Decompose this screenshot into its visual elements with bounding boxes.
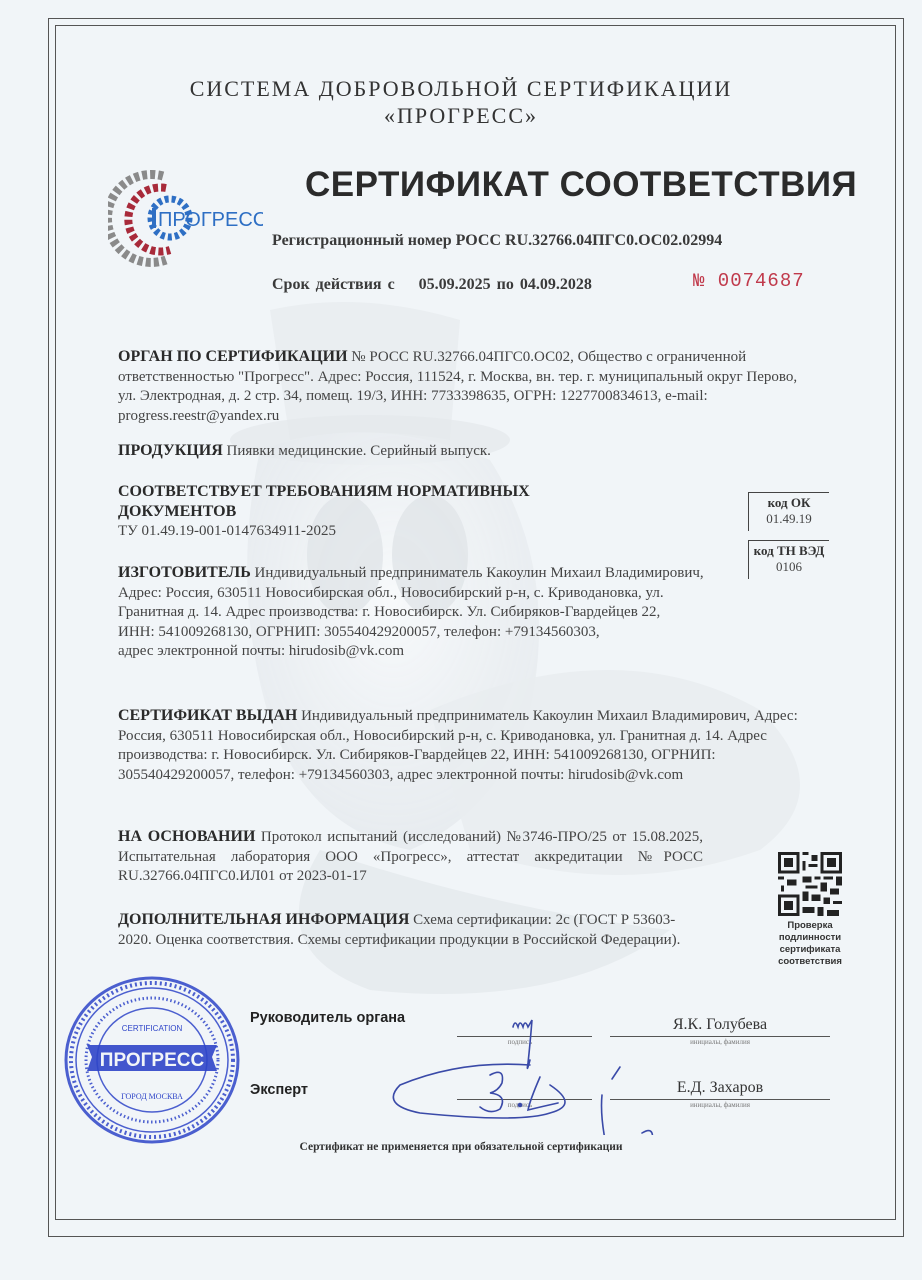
certification-system-title: СИСТЕМА ДОБРОВОЛЬНОЙ СЕРТИФИКАЦИИ «ПРОГР…	[0, 75, 922, 129]
registration-number: Регистрационный номер РОСС RU.32766.04ПГ…	[272, 232, 722, 250]
qr-caption: Проверка подлинности сертификата соответ…	[765, 920, 855, 968]
tn-code-label: код ТН ВЭД	[749, 543, 829, 559]
handwritten-signatures-icon	[380, 1005, 700, 1135]
qr-code-icon[interactable]	[778, 852, 842, 916]
svg-text:CERTIFICATION: CERTIFICATION	[122, 1024, 183, 1033]
qr-caption-line: Проверка	[765, 920, 855, 932]
section-product: ПРОДУКЦИЯ Пиявки медицинские. Серийный в…	[118, 441, 718, 462]
qr-caption-line: соответствия	[765, 956, 855, 968]
section-issued-to: СЕРТИФИКАТ ВЫДАН Индивидуальный предприн…	[118, 706, 818, 785]
validity-label: Срок действия с	[272, 276, 395, 293]
section-certification-body: ОРГАН ПО СЕРТИФИКАЦИИ № РОСС RU.32766.04…	[118, 347, 818, 426]
certificate-title: СЕРТИФИКАТ СООТВЕТСТВИЯ	[305, 165, 857, 205]
validity-period: Срок действия с05.09.2025 по 04.09.2028	[272, 276, 592, 294]
section-label: ДОПОЛНИТЕЛЬНАЯ ИНФОРМАЦИЯ	[118, 911, 409, 928]
section-text: ИНН: 541009268130, ОГРНИП: 3055404292000…	[118, 624, 600, 640]
section-label: ОРГАН ПО СЕРТИФИКАЦИИ	[118, 348, 348, 365]
validity-dates: 05.09.2025 по 04.09.2028	[419, 276, 592, 293]
footer-note: Сертификат не применяется при обязательн…	[0, 1141, 922, 1153]
official-stamp-icon: ПРОГРЕСС CERTIFICATION ГОРОД МОСКВА	[62, 975, 242, 1145]
section-text: ТУ 01.49.19-001-0147634911-2025	[118, 522, 718, 542]
svg-text:ГОРОД МОСКВА: ГОРОД МОСКВА	[121, 1092, 183, 1101]
qr-caption-line: сертификата	[765, 944, 855, 956]
section-label: НА ОСНОВАНИИ	[118, 828, 255, 845]
serial-number: № 0074687	[693, 270, 805, 292]
tnved-code-box: код ТН ВЭД 0106	[748, 540, 829, 579]
system-title-line2: «ПРОГРЕСС»	[0, 102, 922, 129]
section-label: ПРОДУКЦИЯ	[118, 442, 223, 459]
section-label: СООТВЕТСТВУЕТ ТРЕБОВАНИЯМ НОРМАТИВНЫХ ДО…	[118, 482, 588, 522]
section-manufacturer: ИЗГОТОВИТЕЛЬ Индивидуальный предпринимат…	[118, 563, 718, 662]
okpd-code-box: код ОК 01.49.19	[748, 492, 829, 531]
qr-caption-line: подлинности	[765, 932, 855, 944]
system-title-line1: СИСТЕМА ДОБРОВОЛЬНОЙ СЕРТИФИКАЦИИ	[0, 75, 922, 102]
tn-code-value: 0106	[749, 559, 829, 575]
progress-logo-icon: ПРОГРЕСС	[108, 168, 263, 268]
section-text: Пиявки медицинские. Серийный выпуск.	[227, 443, 491, 459]
section-basis: НА ОСНОВАНИИ Протокол испытаний (исследо…	[118, 827, 703, 887]
section-label: СЕРТИФИКАТ ВЫДАН	[118, 707, 297, 724]
section-additional-info: ДОПОЛНИТЕЛЬНАЯ ИНФОРМАЦИЯ Схема сертифик…	[118, 910, 708, 950]
section-conformity: СООТВЕТСТВУЕТ ТРЕБОВАНИЯМ НОРМАТИВНЫХ ДО…	[118, 482, 718, 542]
svg-text:ПРОГРЕСС: ПРОГРЕСС	[100, 1050, 205, 1071]
ok-code-value: 01.49.19	[749, 511, 829, 527]
expert-label: Эксперт	[250, 1082, 308, 1098]
section-label: ИЗГОТОВИТЕЛЬ	[118, 564, 251, 581]
ok-code-label: код ОК	[749, 495, 829, 511]
section-text: адрес электронной почты: hirudosib@vk.co…	[118, 643, 404, 659]
svg-text:ПРОГРЕСС: ПРОГРЕСС	[158, 209, 263, 231]
